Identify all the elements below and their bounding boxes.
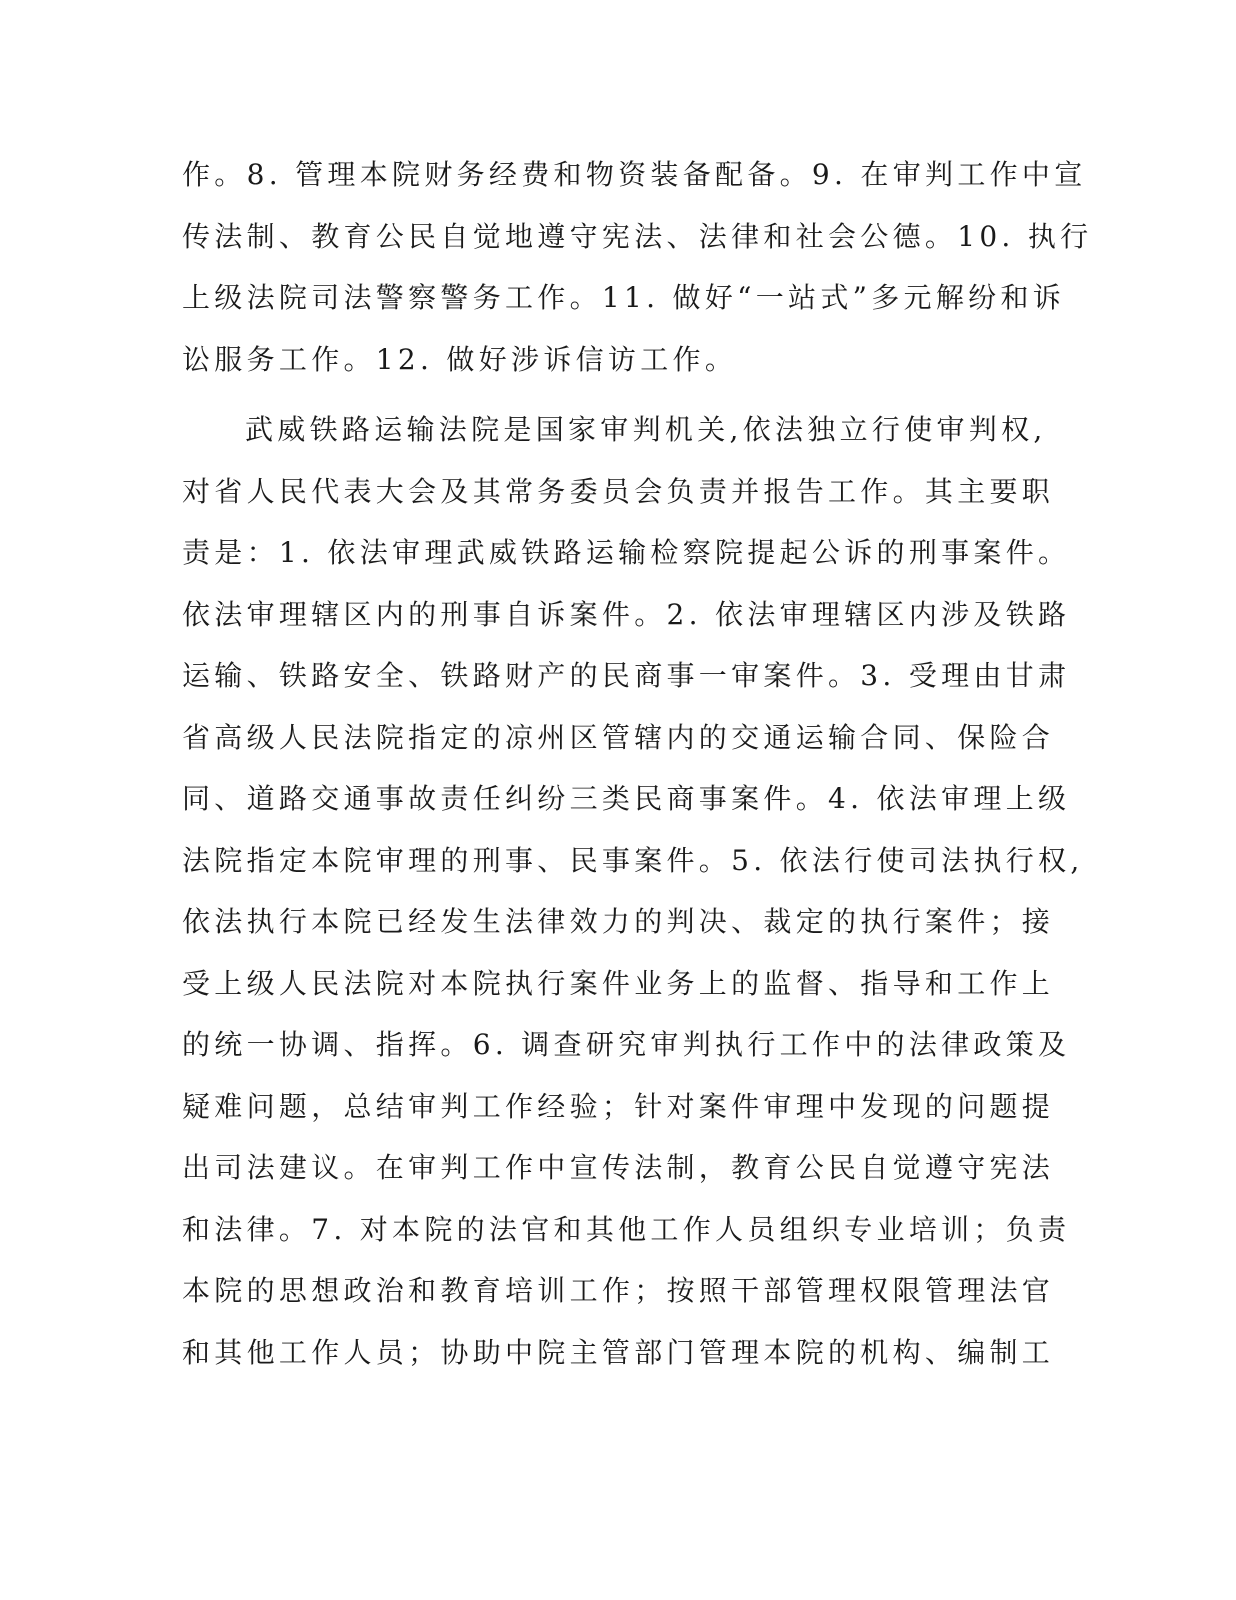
- text-line: 对省人民代表大会及其常务委员会负责并报告工作。其主要职: [182, 461, 1042, 523]
- text-line: 省高级人民法院指定的凉州区管辖内的交通运输合同、保险合: [182, 707, 1042, 769]
- text-line: 和法律。7. 对本院的法官和其他工作人员组织专业培训；负责: [182, 1199, 1042, 1261]
- text-line: 法院指定本院审理的刑事、民事案件。5. 依法行使司法执行权,: [182, 830, 1042, 892]
- text-line: 作。8. 管理本院财务经费和物资装备配备。9. 在审判工作中宣: [182, 144, 1042, 206]
- text-line: 本院的思想政治和教育培训工作；按照干部管理权限管理法官: [182, 1260, 1042, 1322]
- text-line: 传法制、教育公民自觉地遵守宪法、法律和社会公德。10. 执行: [182, 206, 1042, 268]
- text-line: 出司法建议。在审判工作中宣传法制，教育公民自觉遵守宪法: [182, 1137, 1042, 1199]
- paragraph-court-responsibilities: 武威铁路运输法院是国家审判机关,依法独立行使审判权, 对省人民代表大会及其常务委…: [182, 399, 1042, 1383]
- text-line: 运输、铁路安全、铁路财产的民商事一审案件。3. 受理由甘肃: [182, 645, 1042, 707]
- text-line: 依法审理辖区内的刑事自诉案件。2. 依法审理辖区内涉及铁路: [182, 584, 1042, 646]
- text-line: 和其他工作人员；协助中院主管部门管理本院的机构、编制工: [182, 1322, 1042, 1384]
- text-line: 的统一协调、指挥。6. 调查研究审判执行工作中的法律政策及: [182, 1014, 1042, 1076]
- text-line: 同、道路交通事故责任纠纷三类民商事案件。4. 依法审理上级: [182, 768, 1042, 830]
- text-line: 依法执行本院已经发生法律效力的判决、裁定的执行案件；接: [182, 891, 1042, 953]
- text-line: 上级法院司法警察警务工作。11. 做好“一站式”多元解纷和诉: [182, 267, 1042, 329]
- text-line-indented: 武威铁路运输法院是国家审判机关,依法独立行使审判权,: [182, 399, 1042, 461]
- text-line: 讼服务工作。12. 做好涉诉信访工作。: [182, 329, 1042, 391]
- text-line: 受上级人民法院对本院执行案件业务上的监督、指导和工作上: [182, 953, 1042, 1015]
- document-page: 作。8. 管理本院财务经费和物资装备配备。9. 在审判工作中宣 传法制、教育公民…: [0, 0, 1236, 1600]
- paragraph-duties-continued: 作。8. 管理本院财务经费和物资装备配备。9. 在审判工作中宣 传法制、教育公民…: [182, 144, 1042, 390]
- text-line: 责是：1. 依法审理武威铁路运输检察院提起公诉的刑事案件。: [182, 522, 1042, 584]
- text-line: 疑难问题，总结审判工作经验；针对案件审理中发现的问题提: [182, 1076, 1042, 1138]
